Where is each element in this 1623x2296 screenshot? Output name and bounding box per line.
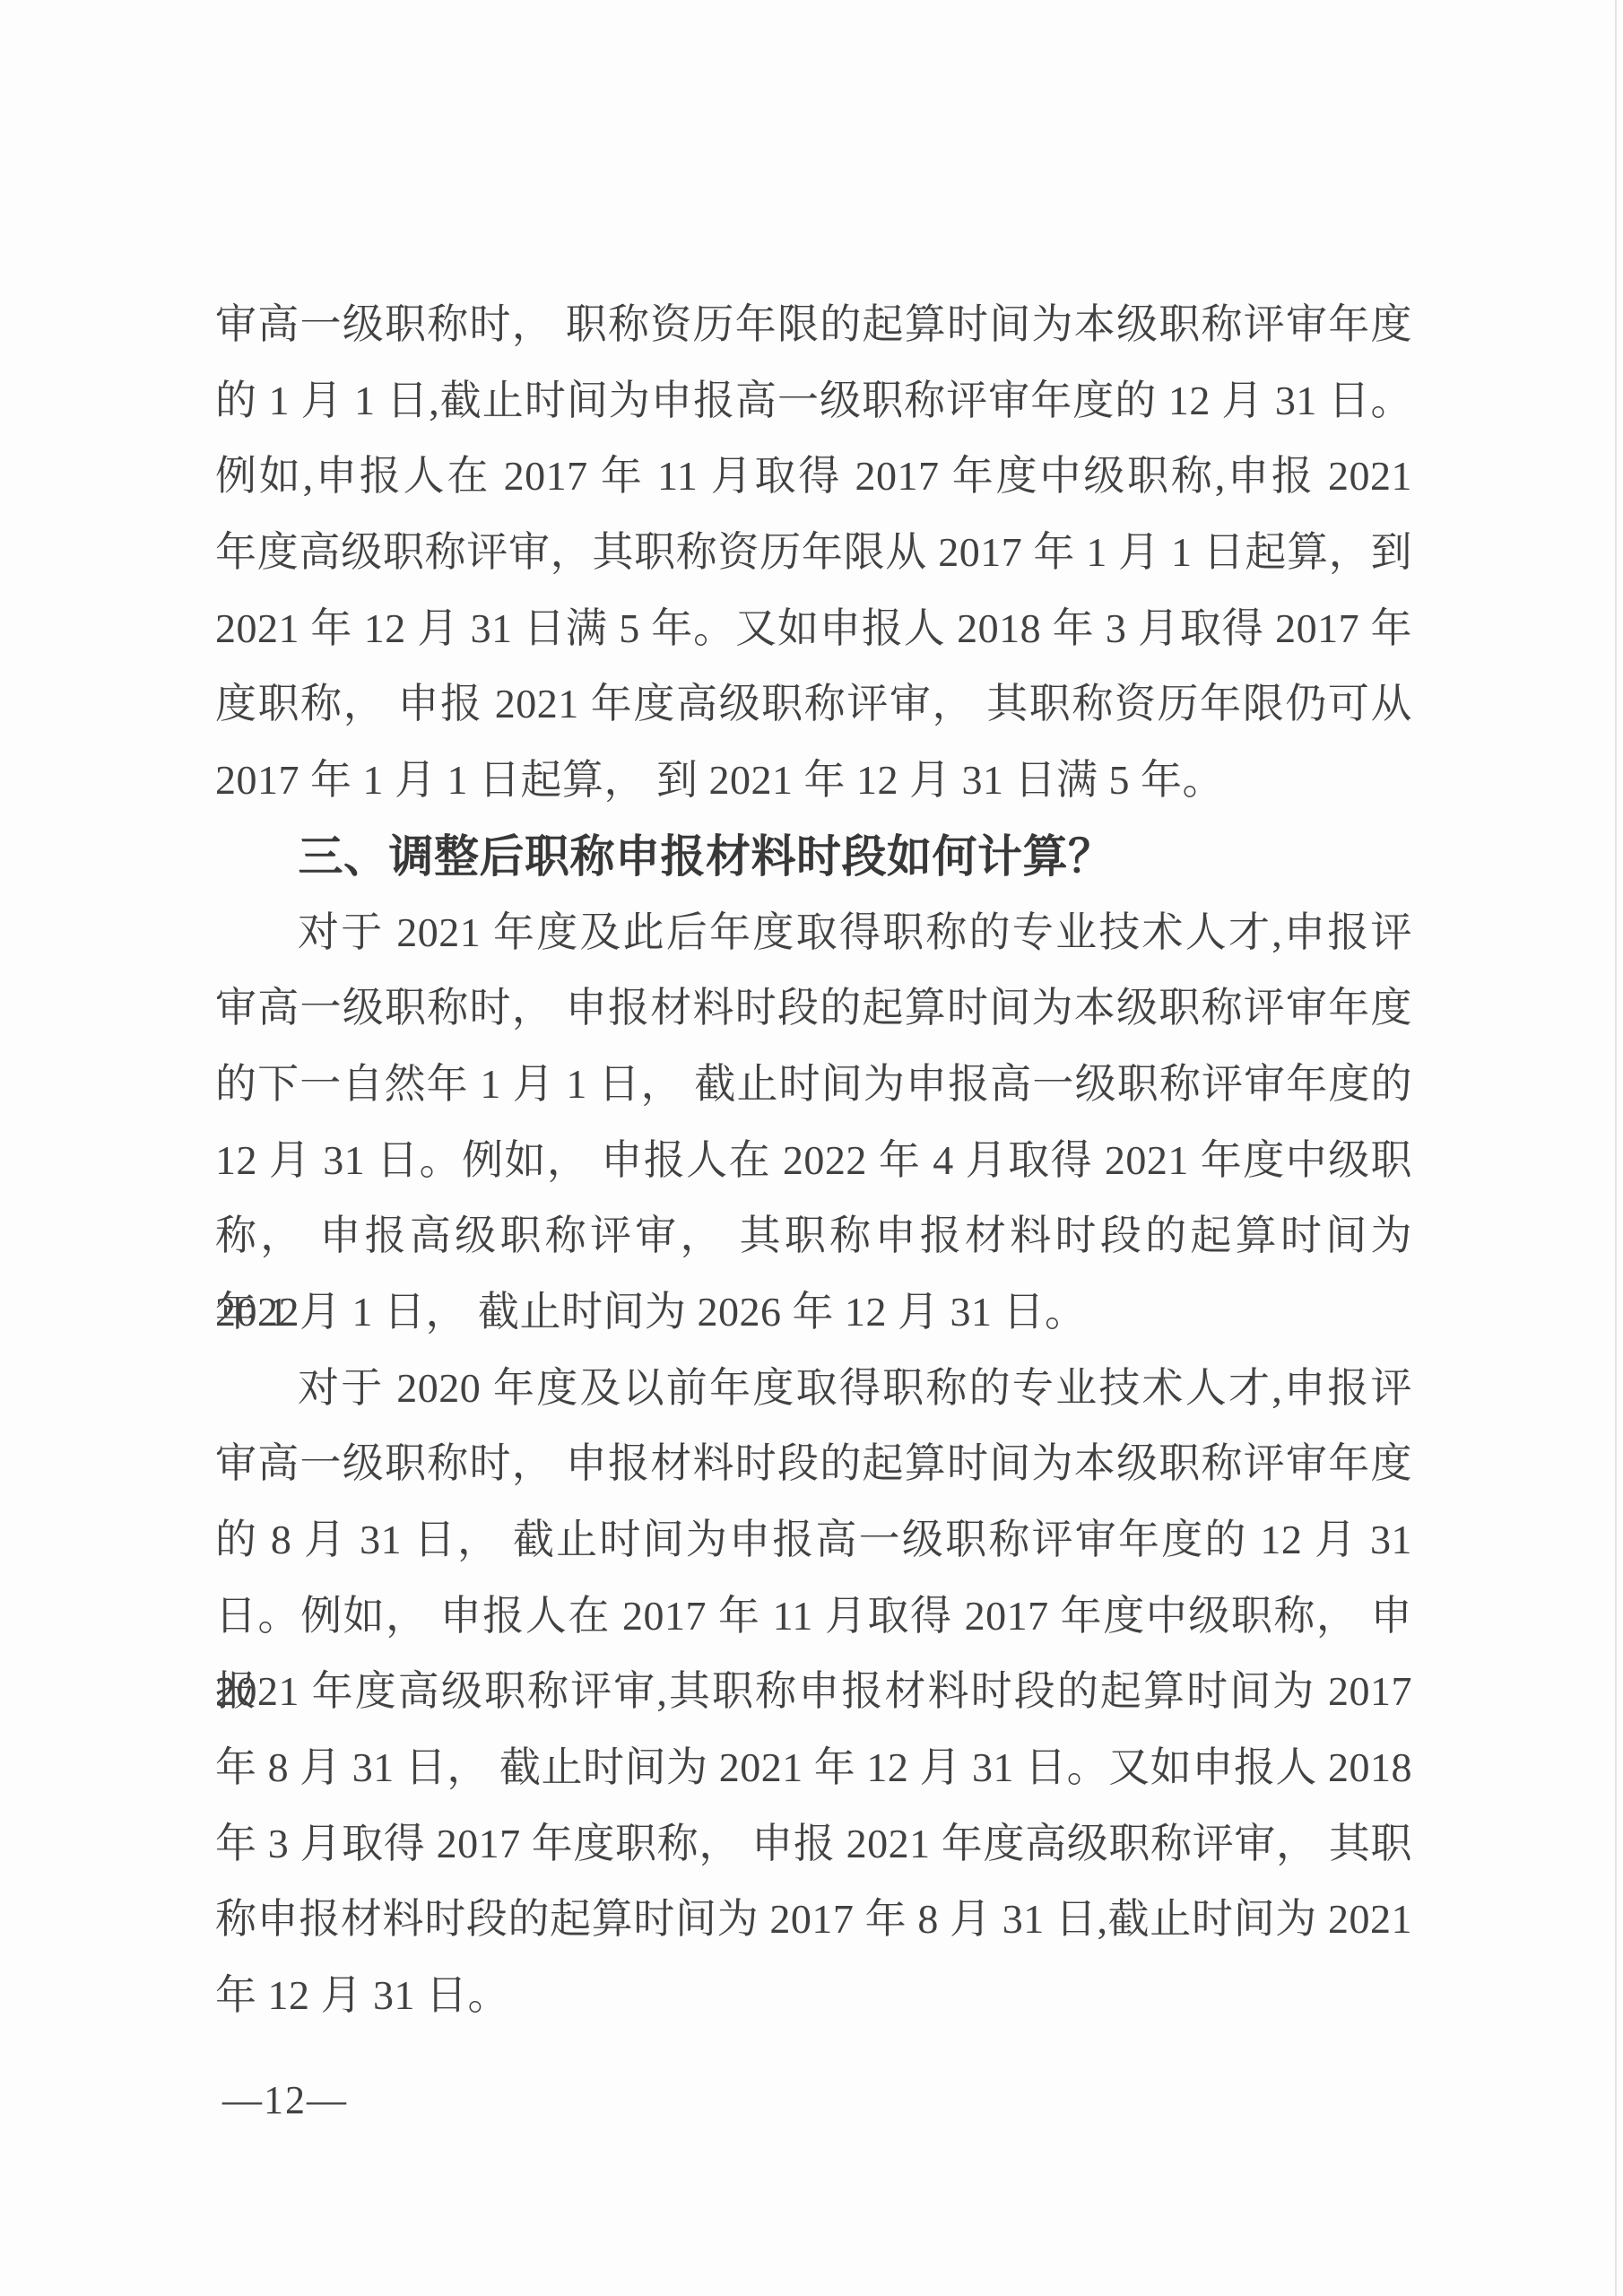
text-line: 称申报材料时段的起算时间为 2017 年 8 月 31 日,截止时间为 2021	[215, 1882, 1412, 1958]
text-block: 审高一级职称时， 职称资历年限的起算时间为本级职称评审年度 的 1 月 1 日,…	[215, 287, 1412, 2034]
page-number: —12—	[222, 2074, 348, 2127]
text-line: 年 8 月 31 日， 截止时间为 2021 年 12 月 31 日。又如申报人…	[215, 1730, 1412, 1806]
text-line: 的下一自然年 1 月 1 日， 截止时间为申报高一级职称评审年度的	[215, 1047, 1412, 1123]
document-page: 审高一级职称时， 职称资历年限的起算时间为本级职称评审年度 的 1 月 1 日,…	[0, 0, 1623, 2296]
text-line: 年 12 月 31 日。	[215, 1958, 1412, 2034]
scan-edge-line	[1615, 0, 1617, 2296]
text-line: 年度高级职称评审，其职称资历年限从 2017 年 1 月 1 日起算，到	[215, 515, 1412, 591]
section-heading: 三、调整后职称申报材料时段如何计算？	[215, 819, 1412, 895]
text-line: 12 月 31 日。例如， 申报人在 2022 年 4 月取得 2021 年度中…	[215, 1123, 1412, 1199]
text-line: 对于 2020 年度及以前年度取得职称的专业技术人才,申报评	[215, 1351, 1412, 1427]
text-line: 例如,申报人在 2017 年 11 月取得 2017 年度中级职称,申报 202…	[215, 439, 1412, 515]
text-line: 2021 年度高级职称评审,其职称申报材料时段的起算时间为 2017	[215, 1654, 1412, 1730]
text-line: 审高一级职称时， 职称资历年限的起算时间为本级职称评审年度	[215, 287, 1412, 363]
text-line: 审高一级职称时， 申报材料时段的起算时间为本级职称评审年度	[215, 1426, 1412, 1502]
text-line: 称， 申报高级职称评审， 其职称申报材料时段的起算时间为 2022	[215, 1198, 1412, 1274]
text-line: 2021 年 12 月 31 日满 5 年。又如申报人 2018 年 3 月取得…	[215, 591, 1412, 667]
text-line: 审高一级职称时， 申报材料时段的起算时间为本级职称评审年度	[215, 970, 1412, 1047]
text-line: 对于 2021 年度及此后年度取得职称的专业技术人才,申报评	[215, 895, 1412, 971]
text-line: 2017 年 1 月 1 日起算， 到 2021 年 12 月 31 日满 5 …	[215, 743, 1412, 819]
text-line: 度职称， 申报 2021 年度高级职称评审， 其职称资历年限仍可从	[215, 666, 1412, 743]
text-line: 年 1 月 1 日， 截止时间为 2026 年 12 月 31 日。	[215, 1274, 1412, 1351]
text-line: 的 1 月 1 日,截止时间为申报高一级职称评审年度的 12 月 31 日。	[215, 363, 1412, 439]
text-line: 的 8 月 31 日， 截止时间为申报高一级职称评审年度的 12 月 31	[215, 1502, 1412, 1578]
text-line: 日。例如， 申报人在 2017 年 11 月取得 2017 年度中级职称， 申报	[215, 1578, 1412, 1655]
text-line: 年 3 月取得 2017 年度职称， 申报 2021 年度高级职称评审， 其职	[215, 1806, 1412, 1883]
